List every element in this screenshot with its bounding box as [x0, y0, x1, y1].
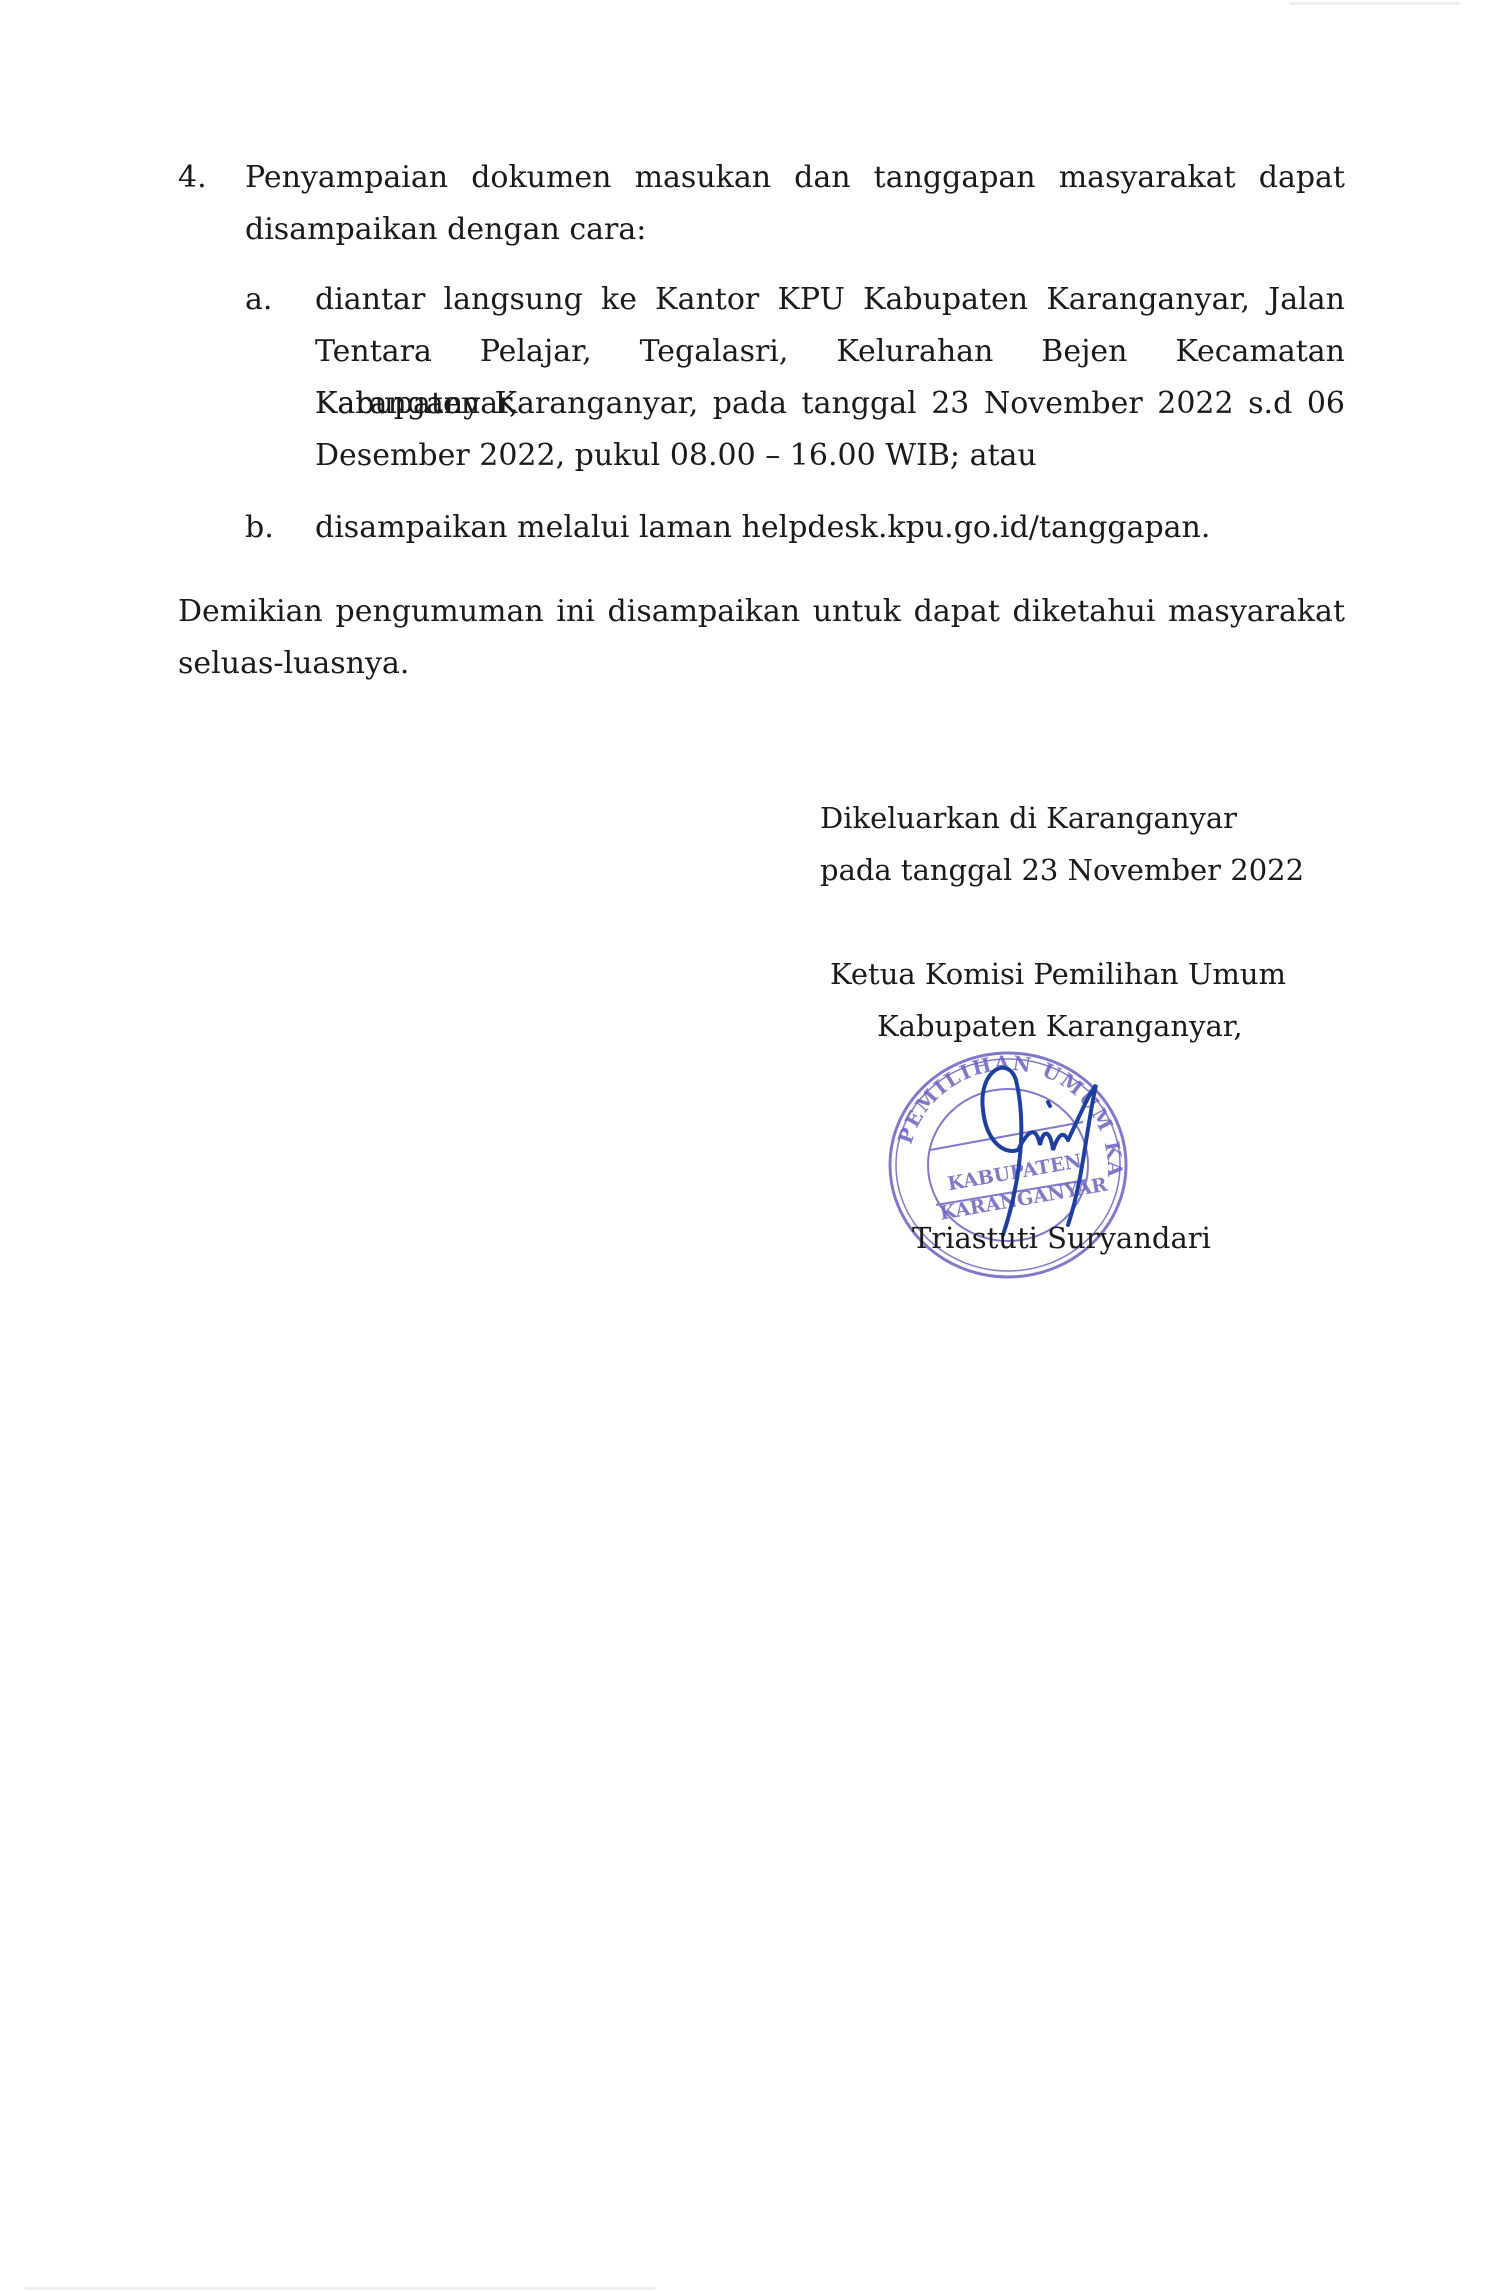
scan-artifact-top [1290, 2, 1460, 5]
sub-a-line4: Desember 2022, pukul 08.00 – 16.00 WIB; … [315, 430, 1037, 482]
issued-place: Dikeluarkan di Karanganyar [820, 792, 1237, 844]
sub-a-line3: Kabupaten Karanganyar, pada tanggal 23 N… [315, 378, 1345, 430]
closing-line1: Demikian pengumuman ini disampaikan untu… [178, 586, 1345, 638]
item4-line1: Penyampaian dokumen masukan dan tanggapa… [245, 152, 1345, 204]
signer-name: Triastuti Suryandari [912, 1212, 1211, 1264]
issued-date: pada tanggal 23 November 2022 [820, 844, 1304, 896]
sub-b-text: disampaikan melalui laman helpdesk.kpu.g… [315, 502, 1210, 554]
document-page: 4. Penyampaian dokumen masukan dan tangg… [0, 0, 1500, 2291]
sub-a-line1: diantar langsung ke Kantor KPU Kabupaten… [315, 274, 1345, 326]
sub-item-label-a: a. [245, 274, 272, 326]
item-number: 4. [178, 152, 207, 204]
sub-item-label-b: b. [245, 502, 274, 554]
closing-line2: seluas-luasnya. [178, 638, 409, 690]
scan-artifact-bottom [25, 2287, 655, 2290]
item4-line2: disampaikan dengan cara: [245, 204, 646, 256]
signer-title-line1: Ketua Komisi Pemilihan Umum [830, 948, 1286, 1000]
